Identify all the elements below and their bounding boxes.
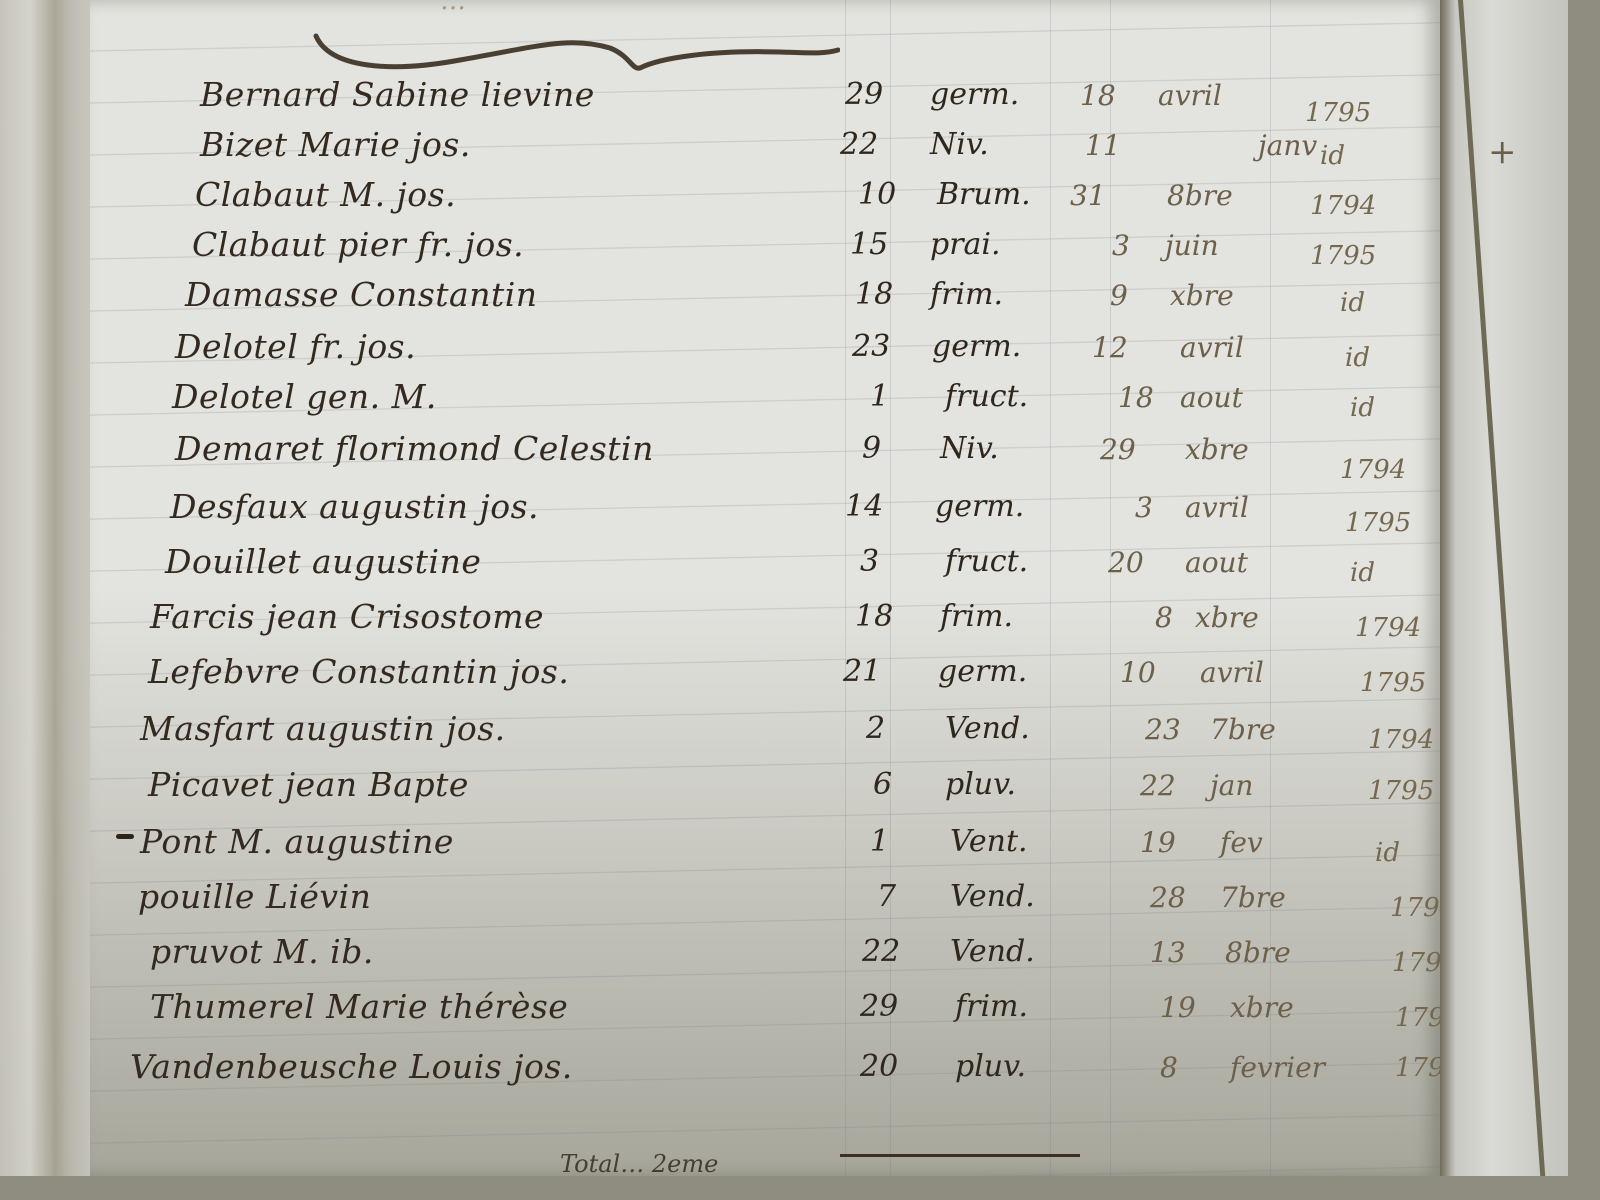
gregorian-day: 3 [1135,494,1153,522]
register-entry: Vandenbeusche Louis jos.20pluv.8fevrier1… [0,1050,1568,1100]
gregorian-day: 20 [1108,549,1144,577]
republican-month: fruct. [945,547,1028,577]
gregorian-year: 1795 [1305,100,1371,126]
decorative-flourish [310,28,840,78]
entry-name: Masfart augustin jos. [140,712,506,745]
register-entry: Pont M. augustine1Vent.19fevid [0,825,1568,875]
gregorian-year: id [1320,143,1345,169]
gregorian-day: 12 [1092,334,1128,362]
register-entry: Bernard Sabine lievine29germ.18avril1795 [0,78,1568,128]
gregorian-year: 1795 [1310,243,1376,269]
page-header-fragment: … [440,0,468,16]
entry-name: Clabaut M. jos. [195,178,456,211]
republican-day: 7 [877,882,896,912]
gregorian-year: id [1340,290,1365,316]
gregorian-year: id [1350,560,1375,586]
register-entry: Delotel gen. M.1fruct.18aoutid [0,380,1568,430]
gregorian-year: 1794 [1310,193,1376,219]
gregorian-month: 7bre [1210,716,1276,744]
entry-name: Douillet augustine [165,545,481,578]
gregorian-day: 18 [1080,82,1116,110]
entry-name: Picavet jean Bapte [148,768,469,801]
gregorian-year: id [1350,395,1375,421]
republican-month: Vend. [945,714,1030,744]
register-entry: Masfart augustin jos.2Vend.237bre1794 [0,712,1568,762]
republican-day: 6 [873,770,892,800]
republican-day: 29 [845,80,883,110]
gregorian-year: 1795 [1360,670,1426,696]
republican-day: 23 [852,332,890,362]
entry-name: Vandenbeusche Louis jos. [130,1050,573,1083]
gregorian-month: aout [1185,549,1248,577]
republican-month: frim. [930,280,1003,310]
republican-month: germ. [938,657,1027,687]
entry-name: pruvot M. ib. [150,935,374,968]
gregorian-day: 18 [1118,384,1154,412]
gregorian-day: 31 [1070,182,1106,210]
entry-name: Damasse Constantin [185,278,538,311]
gregorian-month: xbre [1185,436,1249,464]
register-entry: Delotel fr. jos.23germ.12avrilid [0,330,1568,380]
republican-month: Niv. [930,130,989,160]
republican-day: 15 [850,230,888,260]
register-entry: Clabaut pier fr. jos.15prai.3juin1795 [0,228,1568,278]
republican-month: Vent. [950,827,1028,857]
entry-name: Delotel fr. jos. [175,330,416,363]
republican-month: fruct. [945,382,1028,412]
gregorian-day: 8 [1155,604,1173,632]
gregorian-month: jan [1210,772,1253,800]
gregorian-month: 8bre [1225,939,1291,967]
republican-day: 18 [855,280,893,310]
entry-name: Delotel gen. M. [172,380,437,413]
republican-day: 9 [862,434,881,464]
republican-day: 1 [870,827,889,857]
gregorian-month: juin [1165,232,1219,260]
republican-day: 29 [860,992,898,1022]
register-entry: pruvot M. ib.22Vend.138bre1794 [0,935,1568,985]
gregorian-month: 7bre [1220,884,1286,912]
entry-name: Bizet Marie jos. [200,128,471,161]
register-entry: Farcis jean Crisostome18frim.8xbre1794 [0,600,1568,650]
republican-day: 3 [860,547,879,577]
margin-ink-mark [116,834,134,839]
register-entry: Clabaut M. jos.10Brum.318bre1794 [0,178,1568,228]
republican-day: 10 [858,180,896,210]
gregorian-day: 29 [1100,436,1136,464]
republican-month: Vend. [950,937,1035,967]
register-entry: Bizet Marie jos.22Niv.11janvid [0,128,1568,178]
gregorian-year: 1794 [1355,615,1421,641]
republican-day: 1 [870,382,889,412]
register-entry: Picavet jean Bapte6pluv.22jan1795 [0,768,1568,818]
gregorian-day: 22 [1140,772,1176,800]
entry-name: Thumerel Marie thérèse [150,990,568,1023]
gregorian-month: 8bre [1167,182,1233,210]
republican-day: 22 [840,130,878,160]
gregorian-month: avril [1180,334,1244,362]
bottom-text-fragment: Total… 2eme [560,1150,718,1176]
entry-name: Demaret florimond Celestin [175,432,654,465]
republican-day: 18 [855,602,893,632]
gregorian-day: 19 [1160,994,1196,1022]
register-entry: Desfaux augustin jos.14germ.3avril1795 [0,490,1568,540]
entry-name: Lefebvre Constantin jos. [148,655,569,688]
gregorian-day: 11 [1085,132,1121,160]
register-entry: Demaret florimond Celestin9Niv.29xbre179… [0,432,1568,482]
gregorian-day: 10 [1120,659,1156,687]
gregorian-month: janv [1258,132,1317,160]
republican-day: 14 [845,492,883,522]
republican-month: germ. [930,80,1019,110]
gregorian-day: 28 [1150,884,1186,912]
republican-day: 21 [843,657,881,687]
gregorian-year: 1794 [1368,727,1434,753]
republican-month: Niv. [940,434,999,464]
entry-name: Pont M. augustine [140,825,454,858]
gregorian-month: fev [1220,829,1263,857]
register-entry: Douillet augustine3fruct.20aoutid [0,545,1568,595]
gregorian-year: 1794 [1340,457,1406,483]
republican-month: pluv. [945,770,1016,800]
gregorian-day: 8 [1160,1054,1178,1082]
register-entry: Thumerel Marie thérèse29frim.19xbre1794 [0,990,1568,1040]
gregorian-day: 23 [1145,716,1181,744]
gregorian-month: xbre [1170,282,1234,310]
gregorian-year: 1795 [1368,778,1434,804]
republican-day: 20 [860,1052,898,1082]
gregorian-year: 1795 [1345,510,1411,536]
republican-month: germ. [935,492,1024,522]
gregorian-month: xbre [1230,994,1294,1022]
gregorian-year: id [1375,840,1400,866]
margin-cross-mark: + [1488,132,1517,172]
gregorian-month: xbre [1195,604,1259,632]
gregorian-day: 19 [1140,829,1176,857]
republican-month: pluv. [955,1052,1026,1082]
register-entry: Damasse Constantin18frim.9xbreid [0,278,1568,328]
republican-day: 2 [866,714,885,744]
gregorian-day: 9 [1110,282,1128,310]
gregorian-day: 3 [1112,232,1130,260]
gregorian-month: avril [1200,659,1264,687]
register-entry: pouille Liévin7Vend.287bre1794 [0,880,1568,930]
gregorian-month: aout [1180,384,1243,412]
gregorian-day: 13 [1150,939,1186,967]
republican-month: prai. [930,230,1001,260]
republican-month: frim. [940,602,1013,632]
entry-name: Farcis jean Crisostome [150,600,544,633]
republican-month: Brum. [937,180,1031,210]
republican-month: Vend. [950,882,1035,912]
republican-month: germ. [932,332,1021,362]
document-photo: … Bernard Sabine lievine29germ.18avril17… [0,0,1568,1176]
register-entry: Lefebvre Constantin jos.21germ.10avril17… [0,655,1568,705]
gregorian-month: fevrier [1230,1054,1325,1082]
gregorian-month: avril [1158,82,1222,110]
republican-day: 22 [862,937,900,967]
entry-name: Bernard Sabine lievine [200,78,595,111]
gregorian-year: id [1345,345,1370,371]
entry-name: Desfaux augustin jos. [170,490,539,523]
entry-name: Clabaut pier fr. jos. [192,228,524,261]
gregorian-month: avril [1185,494,1249,522]
total-underline [840,1154,1080,1157]
entry-name: pouille Liévin [138,880,371,913]
republican-month: frim. [955,992,1028,1022]
